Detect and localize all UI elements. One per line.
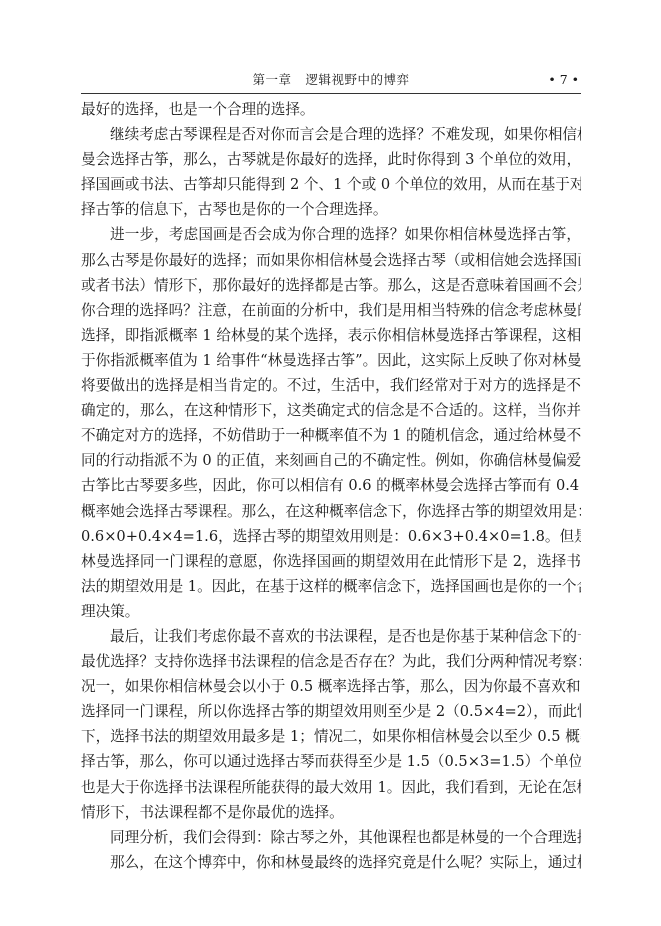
text-line: 或者书法）情形下，那你最好的选择都是古筝。那么，这是否意味着国画不会是 bbox=[81, 273, 581, 298]
text-line: 进一步，考虑国画是否会成为你合理的选择？如果你相信林曼选择古筝， bbox=[81, 222, 581, 247]
text-line: 将要做出的选择是相当肯定的。不过，生活中，我们经常对于对方的选择是不 bbox=[81, 373, 581, 398]
chapter-number: 第一章 bbox=[252, 72, 291, 87]
text-line: 择古筝的信息下，古琴也是你的一个合理选择。 bbox=[81, 197, 581, 222]
text-line: 也是大于你选择书法课程所能获得的最大效用 1。因此，我们看到，无论在怎样的 bbox=[81, 775, 581, 800]
text-line: 理决策。 bbox=[81, 599, 581, 624]
text-line: 最优选择？支持你选择书法课程的信念是否存在？为此，我们分两种情况考察：情 bbox=[81, 649, 581, 674]
chapter-title: 逻辑视野中的博弈 bbox=[306, 72, 410, 87]
running-header: 第一章逻辑视野中的博弈 • 7 • bbox=[81, 69, 581, 91]
text-line: 于你指派概率值为 1 给事件“林曼选择古筝”。因此，这实际上反映了你对林曼 bbox=[81, 348, 581, 373]
text-line: 林曼选择同一门课程的意愿，你选择国画的期望效用在此情形下是 2，选择书 bbox=[81, 549, 581, 574]
header-rule bbox=[81, 93, 581, 94]
text-line: 不确定对方的选择，不妨借助于一种概率值不为 1 的随机信念，通过给林曼不 bbox=[81, 423, 581, 448]
text-line: 0.6×0+0.4×4=1.6，选择古琴的期望效用则是：0.6×3+0.4×0=… bbox=[81, 524, 581, 549]
text-line: 最后，让我们考虑你最不喜欢的书法课程，是否也是你基于某种信念下的一个 bbox=[81, 624, 581, 649]
text-line: 选择同一门课程，所以你选择古筝的期望效用则至少是 2（0.5×4=2），而此情形 bbox=[81, 699, 581, 724]
text-line: 情形下，书法课程都不是你最优的选择。 bbox=[81, 800, 581, 825]
text-line: 确定的，那么，在这种情形下，这类确定式的信念是不合适的。这样，当你并 bbox=[81, 398, 581, 423]
body-text: 最好的选择，也是一个合理的选择。继续考虑古琴课程是否对你而言会是合理的选择？不难… bbox=[81, 97, 581, 875]
text-line: 那么古琴是你最好的选择；而如果你相信林曼会选择古琴（或相信她会选择国画 bbox=[81, 248, 581, 273]
text-line: 选择，即指派概率 1 给林曼的某个选择，表示你相信林曼选择古筝课程，这相当 bbox=[81, 323, 581, 348]
chapter-heading: 第一章逻辑视野中的博弈 bbox=[81, 69, 581, 91]
text-line: 同理分析，我们会得到：除古琴之外，其他课程也都是林曼的一个合理选择。 bbox=[81, 825, 581, 850]
text-line: 择古筝，那么，你可以通过选择古琴而获得至少是 1.5（0.5×3=1.5）个单位… bbox=[81, 749, 581, 774]
text-line: 概率她会选择古琴课程。那么，在这种概率信念下，你选择古筝的期望效用是： bbox=[81, 499, 581, 524]
text-line: 况一，如果你相信林曼会以小于 0.5 概率选择古筝，那么，因为你最不喜欢和林曼 bbox=[81, 674, 581, 699]
text-line: 你合理的选择吗？注意，在前面的分析中，我们是用相当特殊的信念考虑林曼的 bbox=[81, 298, 581, 323]
text-line: 择国画或书法、古筝却只能得到 2 个、1 个或 0 个单位的效用，从而在基于对手… bbox=[81, 172, 581, 197]
text-line: 曼会选择古筝，那么，古琴就是你最好的选择，此时你得到 3 个单位的效用，而选 bbox=[81, 147, 581, 172]
page-number: • 7 • bbox=[548, 69, 579, 91]
text-line: 继续考虑古琴课程是否对你而言会是合理的选择？不难发现，如果你相信林 bbox=[81, 122, 581, 147]
text-line: 下，选择书法的期望效用最多是 1；情况二，如果你相信林曼会以至少 0.5 概率选 bbox=[81, 724, 581, 749]
text-line: 同的行动指派不为 0 的正值，来刻画自己的不确定性。例如，你确信林曼偏爱 bbox=[81, 448, 581, 473]
text-line: 古筝比古琴要多些，因此，你可以相信有 0.6 的概率林曼会选择古筝而有 0.4 … bbox=[81, 473, 581, 498]
text-line: 那么，在这个博弈中，你和林曼最终的选择究竟是什么呢？实际上，通过模型 bbox=[81, 850, 581, 875]
text-line: 法的期望效用是 1。因此，在基于这样的概率信念下，选择国画也是你的一个合 bbox=[81, 574, 581, 599]
text-line: 最好的选择，也是一个合理的选择。 bbox=[81, 97, 581, 122]
